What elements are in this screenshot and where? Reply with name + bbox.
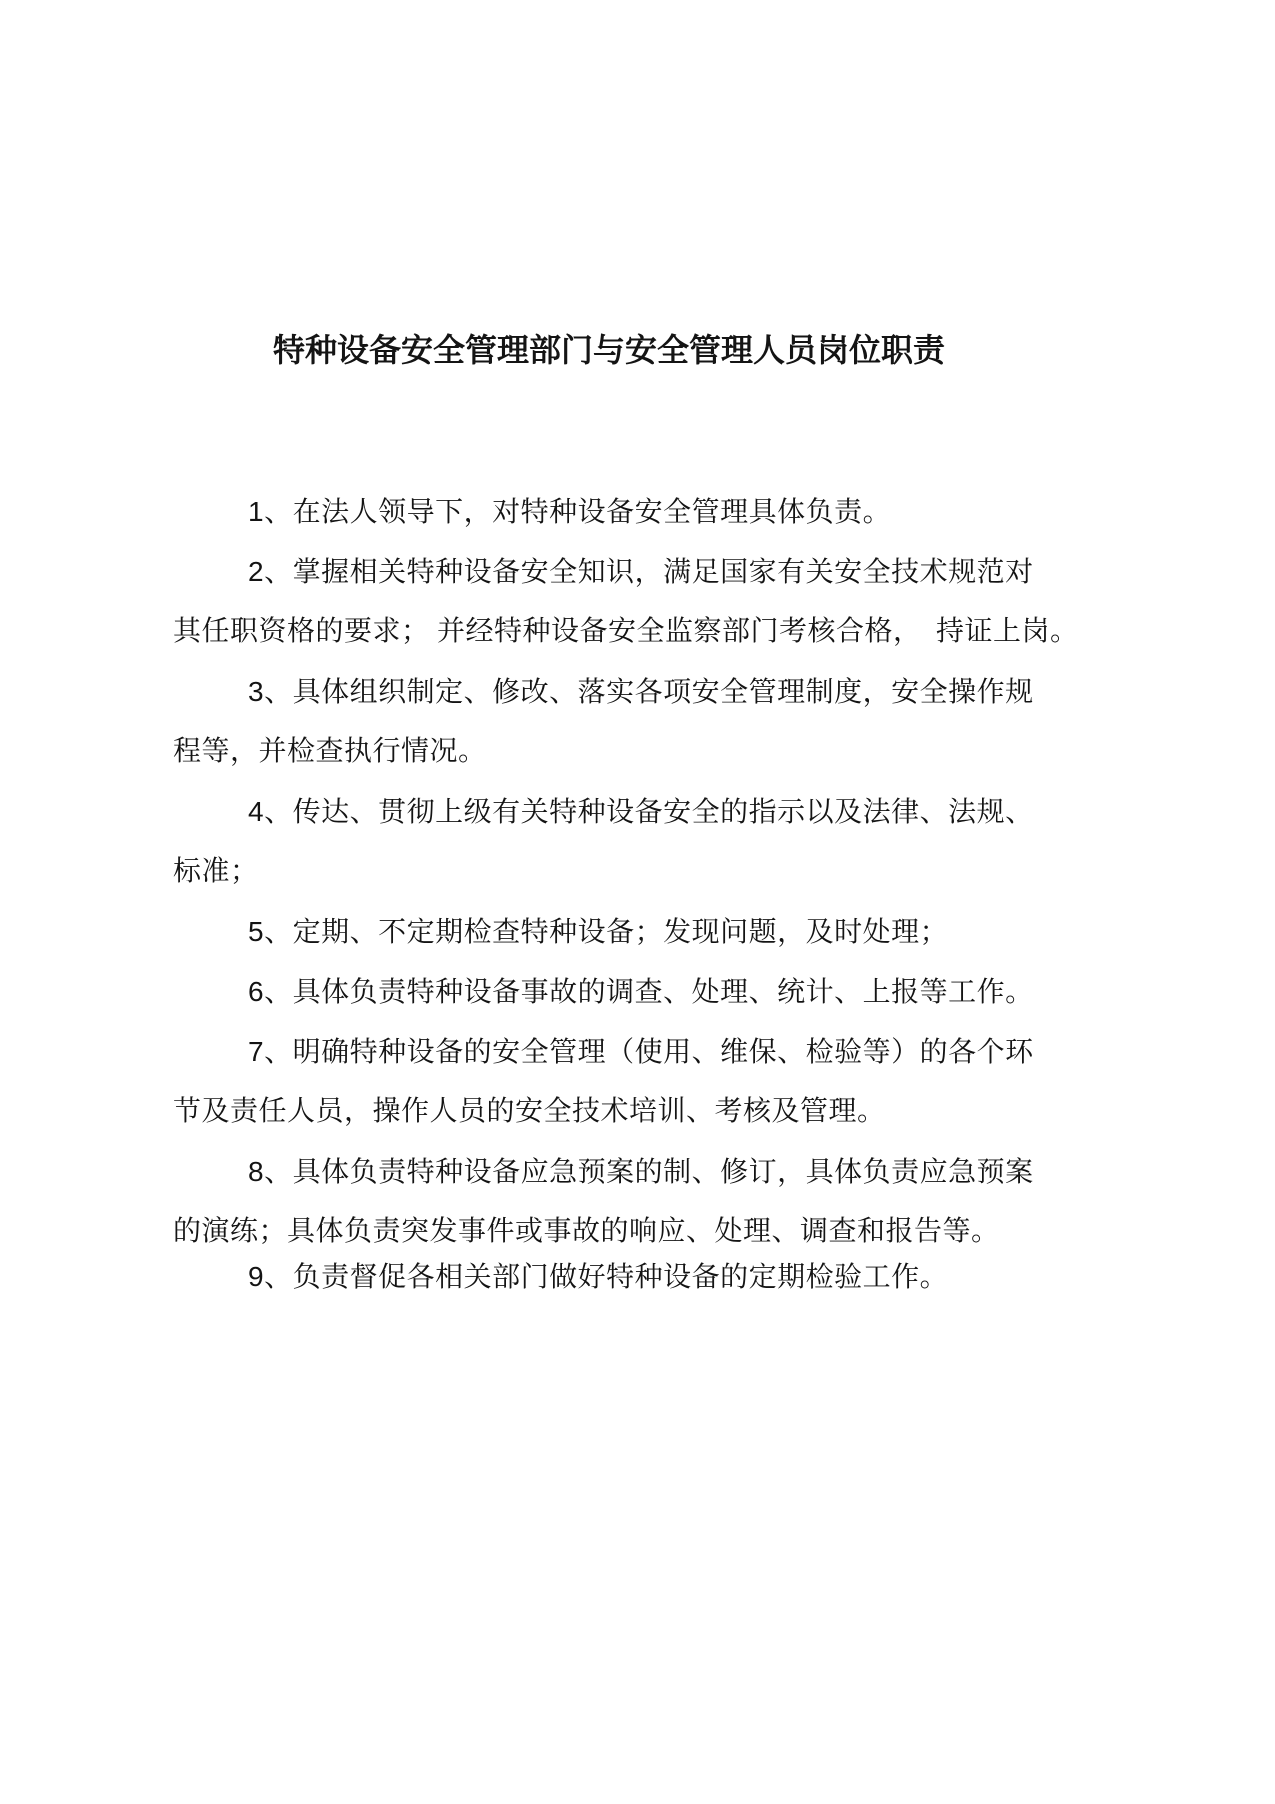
list-item-7-line-2: 节及责任人员，操作人员的安全技术培训、考核及管理。	[173, 1082, 1105, 1142]
item-text: 在法人领导下，对特种设备安全管理具体负责。	[293, 497, 892, 528]
item-text: 具体组织制定、修改、落实各项安全管理制度，安全操作规	[293, 677, 1034, 708]
list-item-7-line-1: 7、明确特种设备的安全管理（使用、维保、检验等）的各个环	[173, 1022, 1105, 1082]
list-item-5-line-1: 5、定期、不定期检查特种设备；发现问题，及时处理；	[173, 902, 1105, 962]
item-number: 1、	[248, 496, 293, 527]
item-text: 具体负责特种设备应急预案的制、修订，具体负责应急预案	[293, 1157, 1034, 1188]
document-body: 1、在法人领导下，对特种设备安全管理具体负责。 2、掌握相关特种设备安全知识，满…	[173, 482, 1105, 1307]
item-number: 6、	[248, 976, 293, 1007]
list-item-4-line-1: 4、传达、贯彻上级有关特种设备安全的指示以及法律、法规、	[173, 782, 1105, 842]
list-item-6-line-1: 6、具体负责特种设备事故的调查、处理、统计、上报等工作。	[173, 962, 1105, 1022]
item-number: 7、	[248, 1036, 293, 1067]
item-number: 2、	[248, 556, 293, 587]
item-text: 传达、贯彻上级有关特种设备安全的指示以及法律、法规、	[293, 797, 1034, 828]
document-page: 特种设备安全管理部门与安全管理人员岗位职责 1、在法人领导下，对特种设备安全管理…	[0, 0, 1275, 1804]
item-number: 4、	[248, 796, 293, 827]
document-title: 特种设备安全管理部门与安全管理人员岗位职责	[173, 326, 1105, 374]
item-text: 其任职资格的要求； 并经特种设备安全监察部门考核合格， 持证上岗。	[173, 616, 1079, 647]
item-text: 负责督促各相关部门做好特种设备的定期检验工作。	[293, 1262, 949, 1293]
item-text: 标准；	[173, 856, 259, 887]
item-number: 3、	[248, 676, 293, 707]
item-text: 明确特种设备的安全管理（使用、维保、检验等）的各个环	[293, 1037, 1034, 1068]
item-text: 节及责任人员，操作人员的安全技术培训、考核及管理。	[173, 1096, 886, 1127]
document-content: 特种设备安全管理部门与安全管理人员岗位职责 1、在法人领导下，对特种设备安全管理…	[173, 0, 1105, 1804]
list-item-4-line-2: 标准；	[173, 842, 1105, 902]
list-item-2-line-2: 其任职资格的要求； 并经特种设备安全监察部门考核合格， 持证上岗。	[173, 602, 1105, 662]
list-item-8-line-1: 8、具体负责特种设备应急预案的制、修订，具体负责应急预案	[173, 1142, 1105, 1202]
item-number: 5、	[248, 916, 293, 947]
item-text: 掌握相关特种设备安全知识，满足国家有关安全技术规范对	[293, 557, 1034, 588]
list-item-1-line-1: 1、在法人领导下，对特种设备安全管理具体负责。	[173, 482, 1105, 542]
item-text: 具体负责特种设备事故的调查、处理、统计、上报等工作。	[293, 977, 1034, 1008]
item-text: 程等，并检查执行情况。	[173, 736, 487, 767]
list-item-3-line-1: 3、具体组织制定、修改、落实各项安全管理制度，安全操作规	[173, 662, 1105, 722]
item-number: 8、	[248, 1156, 293, 1187]
item-number: 9、	[248, 1261, 293, 1292]
list-item-2-line-1: 2、掌握相关特种设备安全知识，满足国家有关安全技术规范对	[173, 542, 1105, 602]
list-item-3-line-2: 程等，并检查执行情况。	[173, 722, 1105, 782]
item-text: 的演练；具体负责突发事件或事故的响应、处理、调查和报告等。	[173, 1216, 1000, 1247]
item-text: 定期、不定期检查特种设备；发现问题，及时处理；	[293, 917, 949, 948]
